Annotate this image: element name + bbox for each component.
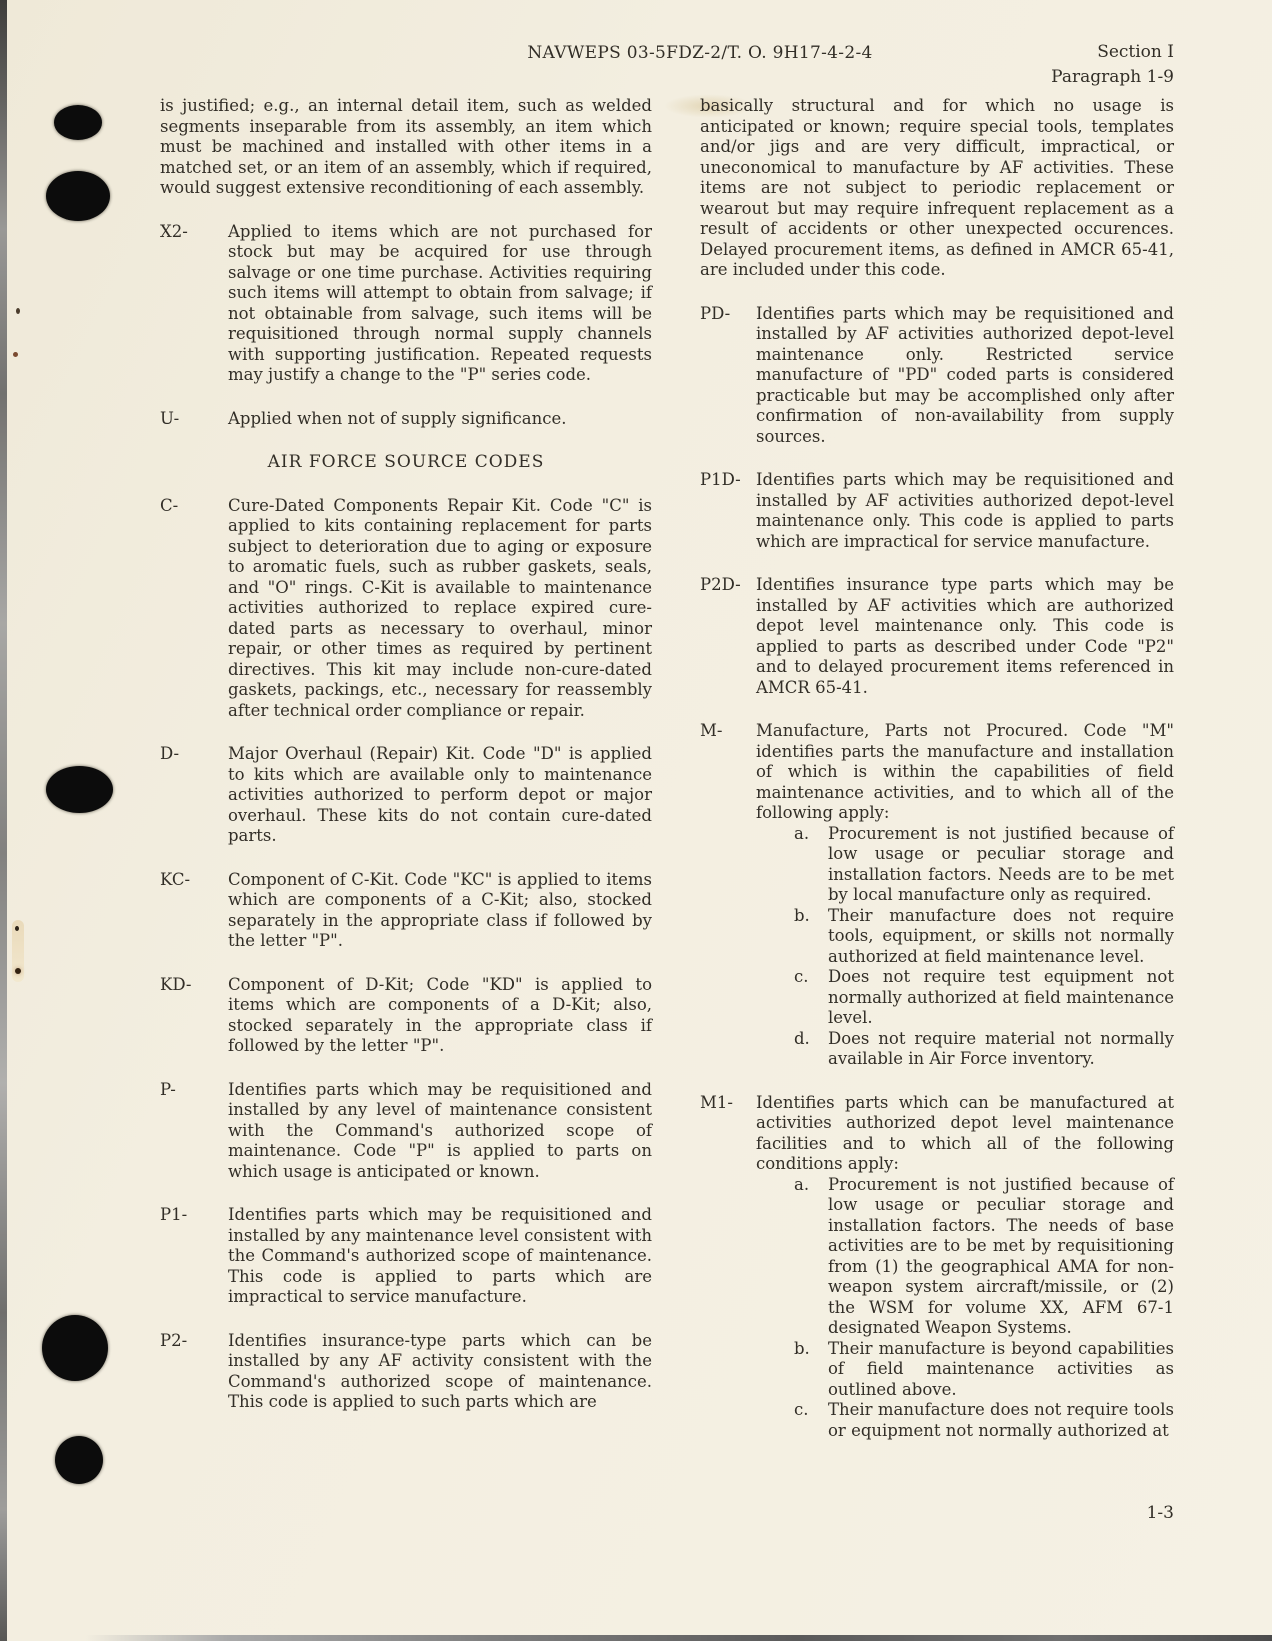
code-label: D- <box>160 744 228 847</box>
sub-item-text: Their manufacture does not require tools… <box>828 1400 1174 1441</box>
code-text: Identifies parts which may be requisitio… <box>228 1205 652 1308</box>
sub-item-c: c. Their manufacture does not require to… <box>794 1400 1174 1441</box>
code-label: P1D- <box>700 470 756 552</box>
doc-number: NAVWEPS 03-5FDZ-2/T. O. 9H17-4-2-4 <box>527 43 872 63</box>
sub-item-text: Procurement is not justified because of … <box>828 824 1174 906</box>
sub-item-text: Their manufacture is beyond capabilities… <box>828 1339 1174 1401</box>
code-entry-p1: P1- Identifies parts which may be requis… <box>160 1205 652 1308</box>
binding-hole <box>55 1436 103 1484</box>
section-heading: AIR FORCE SOURCE CODES <box>160 452 652 473</box>
sub-item-b: b. Their manufacture is beyond capabilit… <box>794 1339 1174 1401</box>
code-text: Identifies parts which can be manufactur… <box>756 1093 1174 1175</box>
code-text-block: Identifies parts which can be manufactur… <box>756 1093 1174 1442</box>
continued-paragraph: basically structural and for which no us… <box>700 96 1174 281</box>
sub-item-label: d. <box>794 1029 828 1070</box>
sub-item-label: a. <box>794 824 828 906</box>
code-label: PD- <box>700 304 756 448</box>
code-entry-m: M- Manufacture, Parts not Procured. Code… <box>700 721 1174 1070</box>
code-entry-p: P- Identifies parts which may be requisi… <box>160 1080 652 1183</box>
binding-hole <box>46 171 110 221</box>
code-entry-p2: P2- Identifies insurance-type parts whic… <box>160 1331 652 1413</box>
manual-page: NAVWEPS 03-5FDZ-2/T. O. 9H17-4-2-4 Secti… <box>0 0 1272 1641</box>
code-entry-m1: M1- Identifies parts which can be manufa… <box>700 1093 1174 1442</box>
binding-hole <box>54 105 102 140</box>
sub-item-label: b. <box>794 906 828 968</box>
sub-item-d: d. Does not require material not normall… <box>794 1029 1174 1070</box>
code-label: X2- <box>160 222 228 386</box>
code-text: Component of D-Kit; Code "KD" is applied… <box>228 975 652 1057</box>
sub-item-label: c. <box>794 967 828 1029</box>
page-bottom-edge <box>85 1635 1272 1641</box>
code-label: KD- <box>160 975 228 1057</box>
code-text: Applied when not of supply significance. <box>228 409 652 430</box>
sub-item-label: c. <box>794 1400 828 1441</box>
sub-item-text: Does not require material not normally a… <box>828 1029 1174 1070</box>
code-label: KC- <box>160 870 228 952</box>
sub-item-text: Their manufacture does not require tools… <box>828 906 1174 968</box>
paragraph-label: Paragraph 1-9 <box>1051 65 1174 90</box>
code-entry-kd: KD- Component of D-Kit; Code "KD" is app… <box>160 975 652 1057</box>
code-entry-c: C- Cure-Dated Components Repair Kit. Cod… <box>160 496 652 722</box>
sub-item-c: c. Does not require test equipment not n… <box>794 967 1174 1029</box>
page-number: 1-3 <box>1147 1503 1174 1523</box>
code-label: U- <box>160 409 228 430</box>
code-entry-p1d: P1D- Identifies parts which may be requi… <box>700 470 1174 552</box>
scan-speck <box>15 926 19 931</box>
sub-item-text: Does not require test equipment not norm… <box>828 967 1174 1029</box>
code-label: P- <box>160 1080 228 1183</box>
code-entry-kc: KC- Component of C-Kit. Code "KC" is app… <box>160 870 652 952</box>
left-column: is justified; e.g., an internal detail i… <box>160 96 652 1413</box>
scan-speck <box>16 308 20 314</box>
right-column: basically structural and for which no us… <box>700 96 1174 1441</box>
sub-item-b: b. Their manufacture does not require to… <box>794 906 1174 968</box>
code-text: Identifies insurance type parts which ma… <box>756 575 1174 698</box>
sub-item-label: b. <box>794 1339 828 1401</box>
sub-item-label: a. <box>794 1175 828 1339</box>
code-text: Identifies parts which may be requisitio… <box>756 470 1174 552</box>
continued-paragraph: is justified; e.g., an internal detail i… <box>160 96 652 199</box>
code-label: P2D- <box>700 575 756 698</box>
code-text: Component of C-Kit. Code "KC" is applied… <box>228 870 652 952</box>
code-entry-u: U- Applied when not of supply significan… <box>160 409 652 430</box>
sub-item-a: a. Procurement is not justified because … <box>794 824 1174 906</box>
sub-item-text: Procurement is not justified because of … <box>828 1175 1174 1339</box>
code-entry-x2: X2- Applied to items which are not purch… <box>160 222 652 386</box>
code-text: Manufacture, Parts not Procured. Code "M… <box>756 721 1174 824</box>
code-label: M1- <box>700 1093 756 1442</box>
sub-item-a: a. Procurement is not justified because … <box>794 1175 1174 1339</box>
binding-hole <box>46 766 113 813</box>
code-text: Identifies parts which may be requisitio… <box>228 1080 652 1183</box>
code-label: P1- <box>160 1205 228 1308</box>
code-text-block: Manufacture, Parts not Procured. Code "M… <box>756 721 1174 1070</box>
header-section-block: Section I Paragraph 1-9 <box>1051 40 1174 90</box>
code-text: Cure-Dated Components Repair Kit. Code "… <box>228 496 652 722</box>
code-text: Identifies insurance-type parts which ca… <box>228 1331 652 1413</box>
code-text: Identifies parts which may be requisitio… <box>756 304 1174 448</box>
code-label: C- <box>160 496 228 722</box>
code-label: M- <box>700 721 756 1070</box>
scan-speck <box>15 968 21 974</box>
code-entry-d: D- Major Overhaul (Repair) Kit. Code "D"… <box>160 744 652 847</box>
binding-hole <box>42 1315 108 1381</box>
code-text: Applied to items which are not purchased… <box>228 222 652 386</box>
section-label: Section I <box>1051 40 1174 65</box>
code-entry-pd: PD- Identifies parts which may be requis… <box>700 304 1174 448</box>
page-edge-shadow <box>0 0 7 1641</box>
code-label: P2- <box>160 1331 228 1413</box>
code-text: Major Overhaul (Repair) Kit. Code "D" is… <box>228 744 652 847</box>
scan-speck <box>13 352 18 357</box>
code-entry-p2d: P2D- Identifies insurance type parts whi… <box>700 575 1174 698</box>
